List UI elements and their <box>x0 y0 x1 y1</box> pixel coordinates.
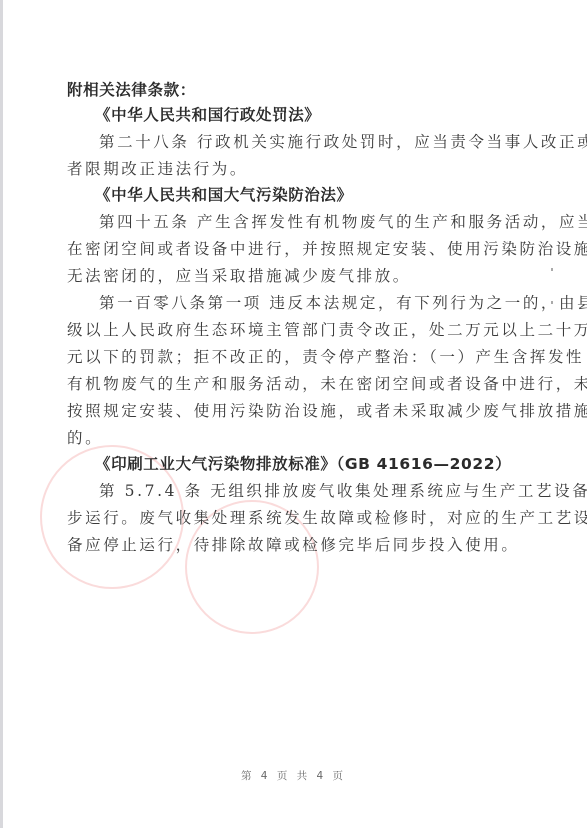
paragraph-line: 备应停止运行，待排除故障或检修完毕后同步投入使用。 <box>67 535 520 555</box>
paragraph-line: 有机物废气的生产和服务活动，未在密闭空间或者设备中进行，未 <box>67 374 587 394</box>
paragraph-line: 无法密闭的，应当采取措施减少废气排放。 <box>67 266 411 286</box>
paragraph-line: 步运行。废气收集处理系统发生故障或检修时，对应的生产工艺设 <box>67 508 587 528</box>
margin-mark <box>551 268 553 271</box>
attachment-heading: 附相关法律条款： <box>67 80 196 100</box>
paragraph-line: 第一百零八条第一项 违反本法规定，有下列行为之一的，由县 <box>99 293 587 313</box>
paragraph-line: 第 5.7.4 条 无组织排放废气收集处理系统应与生产工艺设备同 <box>99 481 587 501</box>
paragraph-line: 级以上人民政府生态环境主管部门责令改正，处二万元以上二十万 <box>67 320 587 340</box>
paragraph-line: 元以下的罚款；拒不改正的，责令停产整治：（一）产生含挥发性 <box>67 347 584 367</box>
paragraph-line: 的。 <box>67 428 103 448</box>
page-number: 第 4 页 共 4 页 <box>0 768 587 783</box>
section-title: 《中华人民共和国大气污染防治法》 <box>95 185 353 205</box>
paragraph-line: 在密闭空间或者设备中进行，并按照规定安装、使用污染防治设施； <box>67 239 587 259</box>
section-title: 《中华人民共和国行政处罚法》 <box>95 105 320 125</box>
paragraph-line: 按照规定安装、使用污染防治设施，或者未采取减少废气排放措施 <box>67 401 587 421</box>
page-edge <box>0 0 3 828</box>
paragraph-line: 第二十八条 行政机关实施行政处罚时，应当责令当事人改正或 <box>99 132 587 152</box>
paragraph-line: 第四十五条 产生含挥发性有机物废气的生产和服务活动，应当 <box>99 212 587 232</box>
section-title: 《印刷工业大气污染物排放标准》（GB 41616—2022） <box>95 454 511 474</box>
paragraph-line: 者限期改正违法行为。 <box>67 159 248 179</box>
margin-mark <box>551 301 553 304</box>
